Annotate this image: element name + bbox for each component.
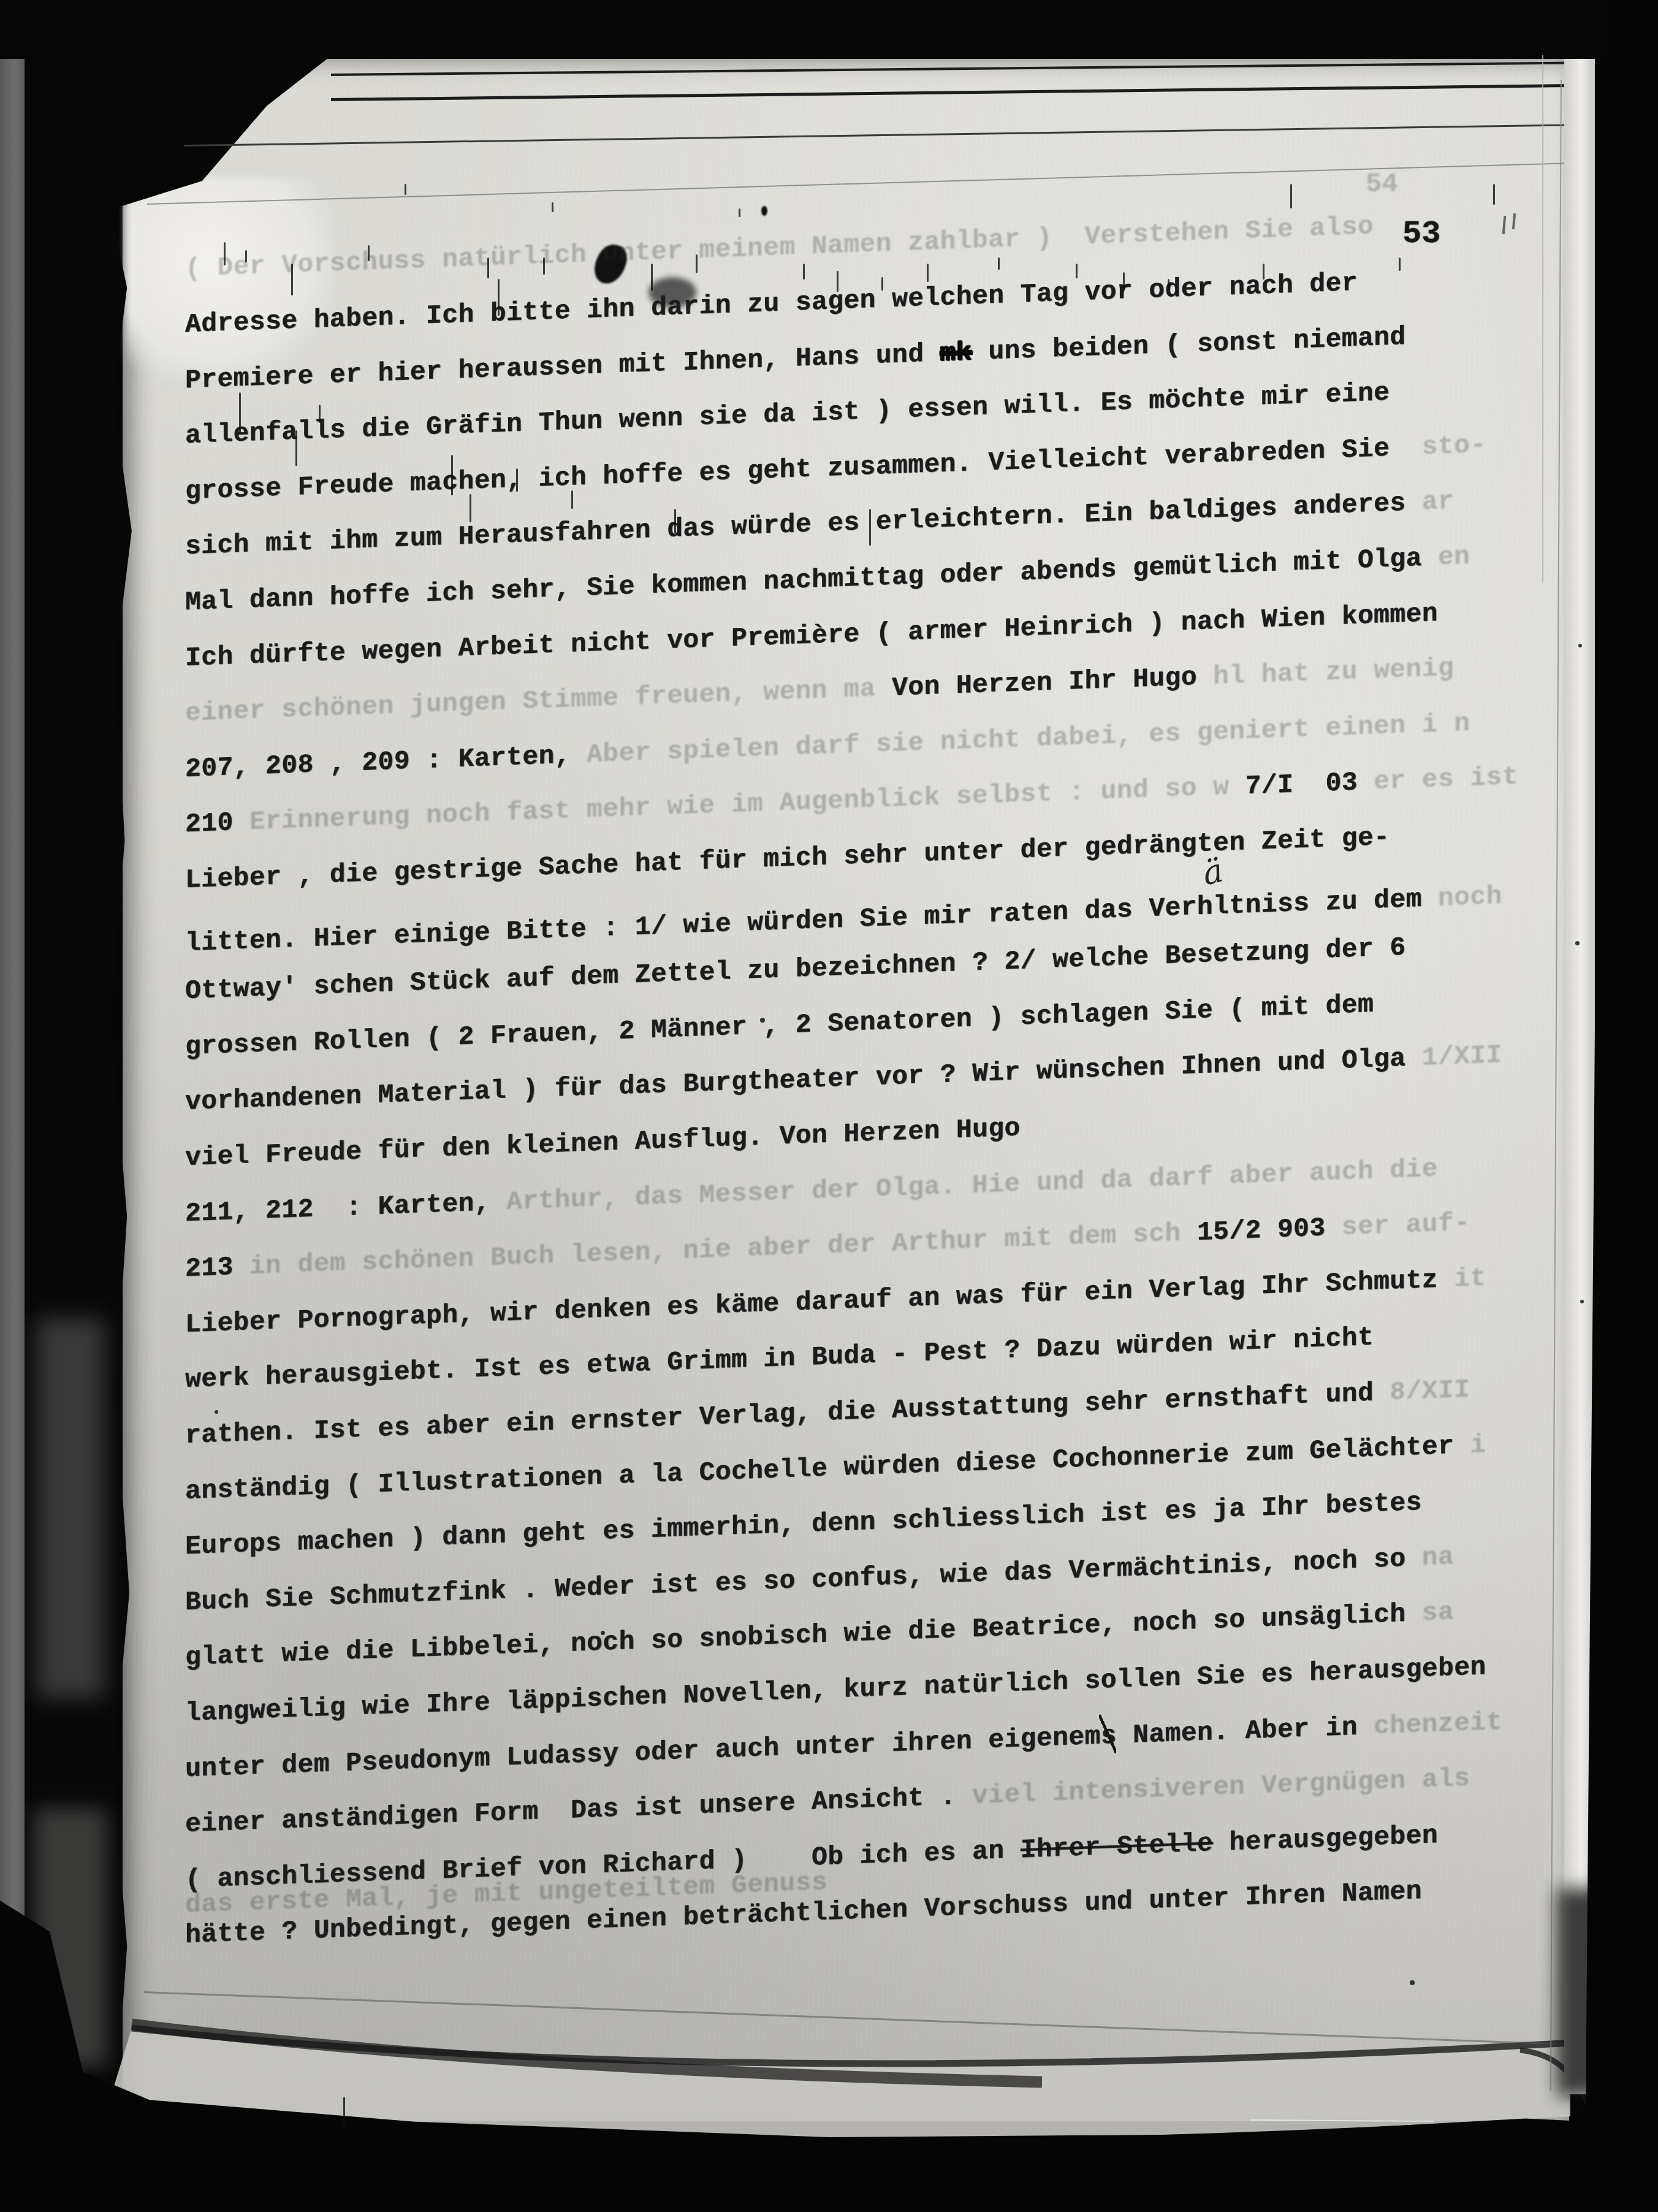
scratch-mark (516, 468, 518, 492)
ink-speck (1580, 1300, 1584, 1303)
ink-speck (601, 1631, 605, 1635)
scratch-mark (1123, 272, 1125, 291)
text-segment: viel Freude für den kleinen Ausflug. Von… (185, 1113, 1021, 1173)
scratch-mark (368, 245, 370, 261)
text-line: Adresse haben. Ich bitte ihn darin zu sa… (185, 270, 1358, 338)
text-segment: Namen. Aber in (1117, 1712, 1358, 1750)
scratch-mark (543, 257, 545, 275)
scratch-mark (487, 257, 489, 278)
text-line: viel Freude für den kleinen Ausflug. Von… (185, 1115, 1021, 1171)
scratch-mark (869, 509, 871, 546)
scratch-mark (291, 264, 293, 296)
text-line: ( Der Vorschuss natürlich unter meinem N… (185, 213, 1374, 282)
text-segment: er es ist (1358, 762, 1518, 798)
ink-speck (1575, 941, 1580, 945)
scratch-mark (239, 392, 241, 433)
scratch-mark (571, 490, 573, 509)
scratch-mark (1076, 264, 1078, 278)
scratch-mark (1168, 279, 1169, 290)
ink-speck (215, 1410, 218, 1414)
text-line: grossen Rollen ( 2 Frauen, 2 Männer , 2 … (185, 991, 1374, 1059)
scratch-mark (998, 257, 1000, 270)
scratch-mark (674, 509, 676, 533)
inner-page-edge-line (1542, 55, 1543, 582)
scratch-mark (837, 271, 839, 292)
typewritten-text-block: ( Der Vorschuss natürlich unter meinem N… (185, 0, 1626, 2212)
text-segment: in dem schönen Buch lesen, nie aber der … (249, 1218, 1181, 1281)
scratch-mark (803, 264, 805, 280)
text-segment: en (1422, 541, 1470, 573)
ink-speck (1410, 1980, 1415, 1985)
text-segment: Von Herzen Ihr Hugo (892, 662, 1197, 703)
text-segment: chenzeit (1358, 1707, 1502, 1742)
text-segment: ser auf- (1326, 1208, 1470, 1243)
scratch-mark (405, 184, 406, 195)
ink-speck (760, 1018, 765, 1023)
text-segment: s (1101, 1722, 1117, 1749)
text-segment: na (1406, 1542, 1455, 1574)
scratch-mark (1290, 184, 1292, 208)
scratch-mark (224, 242, 226, 265)
text-segment: it (1438, 1263, 1486, 1295)
scratch-mark (1493, 184, 1495, 205)
scratch-mark (245, 250, 247, 262)
text-segment: 211, 212 : Karten, (185, 1188, 490, 1229)
scratch-mark (319, 405, 321, 423)
scratch-mark (470, 494, 471, 522)
scratch-mark (739, 208, 740, 217)
text-segment: 15/2 903 (1181, 1213, 1326, 1248)
scratch-mark (881, 277, 883, 291)
scratch-mark (1263, 264, 1264, 280)
ink-speck (1578, 644, 1582, 647)
text-segment: mk (940, 337, 972, 368)
scratch-mark (295, 430, 297, 466)
text-segment: 210 (185, 807, 249, 840)
text-segment: 1/XII (1406, 1040, 1502, 1074)
text-segment: Premiere er hier heraussen mit Ihnen, Ha… (185, 338, 940, 395)
scratch-mark (451, 455, 453, 495)
text-line: Premiere er hier heraussen mit Ihnen, Ha… (185, 323, 1406, 393)
text-segment: hl hat zu wenig (1197, 653, 1454, 692)
scratch-mark (696, 254, 698, 273)
text-segment: 207, 208 , 209 : Karten, (185, 740, 571, 784)
text-segment: Erinnerung noch fast mehr wie im Augenbl… (249, 772, 1229, 837)
text-segment: uns beiden ( sonst niemand (972, 321, 1406, 367)
text-segment: Ihrer Stelle (1021, 1828, 1213, 1865)
text-segment: i (1454, 1430, 1486, 1461)
text-segment: sa (1406, 1597, 1455, 1629)
text-segment: unter dem Pseudonym Ludassy oder auch un… (185, 1721, 1101, 1783)
text-segment: viel intensiveren Vergnügen als (956, 1763, 1470, 1812)
scratch-mark (498, 279, 500, 316)
text-segment: 7/I 03 (1229, 768, 1358, 803)
text-segment: herausgegeben (1213, 1820, 1438, 1858)
scratch-mark (651, 264, 653, 291)
text-segment: sto- (1390, 430, 1486, 463)
text-segment: 213 (185, 1251, 249, 1284)
text-segment: Arthur, das Messer der Olga. Hie und da … (490, 1153, 1438, 1217)
text-segment: Aber spielen darf sie nicht dabei, es ge… (571, 708, 1470, 771)
scratch-mark (1399, 257, 1401, 271)
text-segment: einer anständigen Form Das ist unsere An… (185, 1782, 956, 1839)
text-segment: ltniss zu dem (1213, 883, 1422, 921)
text-segment: einer schönen jungen Stimme freuen, wenn… (185, 673, 892, 728)
left-edge-smear (37, 1318, 104, 1698)
scratch-mark (343, 2097, 345, 2127)
scanned-letter-page: 54 53 ( Der Vorschuss natürlich unter me… (0, 0, 1658, 2212)
scratch-mark (927, 264, 929, 282)
scratch-mark (552, 202, 553, 212)
text-line: werk herausgiebt. Ist es etwa Grimm in B… (185, 1324, 1374, 1393)
text-segment: 8/XII (1374, 1375, 1470, 1408)
text-segment: ar (1406, 486, 1455, 518)
handwritten-correction: ä (1200, 858, 1206, 890)
text-line: allenfalls die Gräfin Thun wenn sie da i… (185, 379, 1390, 449)
text-segment: noch (1422, 881, 1502, 914)
